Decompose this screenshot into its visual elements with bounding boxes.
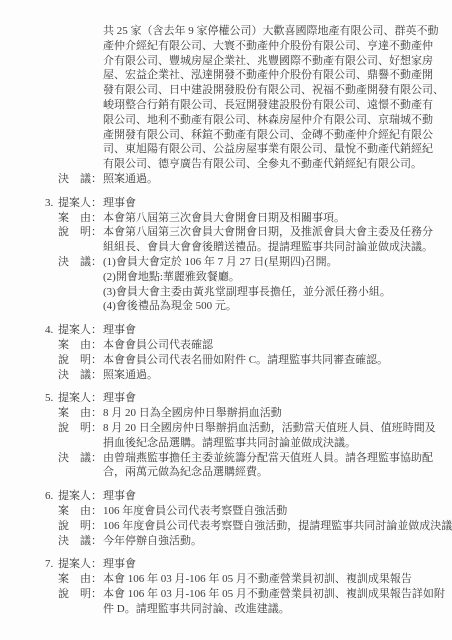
field-label: 說 明： [58, 421, 103, 436]
document-line: (4)會後禮品為現金 500 元。 [45, 299, 450, 314]
document-line: 司、東旭陽有限公司、公益房屋事業有限公司、量悅不動產代銷經紀 [45, 142, 450, 157]
field-label: 提案人： [58, 323, 103, 338]
field-label: 決 議： [58, 451, 103, 466]
line-text: 理事會 [103, 557, 136, 572]
field-label: 提案人： [58, 196, 103, 211]
document-line: 共 25 家（含去年 9 家停權公司）大歡喜國際地產有限公司、群英不動 [45, 24, 450, 39]
field-label: 案 由： [58, 504, 103, 519]
field-label: 提案人： [58, 391, 103, 406]
line-text: 限公司、地利不動產有限公司、林森房屋仲介有限公司、京瑞城不動 [103, 113, 433, 128]
document-line: 案 由：8 月 20 日為全國房仲日舉辦捐血活動 [45, 406, 450, 421]
document-line: 案 由：本會會員公司代表確認 [45, 338, 450, 353]
document-line: 有限公司、德亨廣告有限公司、全參丸不動產代銷經紀有限公司。 [45, 157, 450, 172]
document-line: 案 由：本會 106 年 03 月-106 年 05 月不動產營業員初訓、複訓成… [45, 572, 450, 587]
field-label: 案 由： [58, 406, 103, 421]
line-text: 本會第八屆第三次會員大會開會日期，及推派會員大會主委及任務分 [103, 225, 433, 240]
section-number: 6. [45, 489, 58, 504]
line-text: 理事會 [103, 196, 136, 211]
line-text: 本會第八屆第三次會員大會開會日期及相關事項。 [103, 211, 345, 226]
line-text: 產開發有限公司、秝鍹不動產有限公司、金磚不動產仲介經紀有限公 [103, 128, 433, 143]
line-text: 8 月 20 日全國房仲日舉辦捐血活動，活動當天值班人員、值班時間及 [103, 421, 436, 436]
field-label: 決 議： [58, 534, 103, 549]
line-text: 本會 106 年 03 月-106 年 05 月不動產營業員初訓、複訓成果報告 [103, 572, 412, 587]
document-line: 說 明：本會第八屆第三次會員大會開會日期，及推派會員大會主委及任務分 [45, 225, 450, 240]
document-line: 說 明：106 年度會員公司代表考察暨自強活動，提請理監事共同討論並做成決議。 [45, 519, 450, 534]
field-label: 提案人： [58, 489, 103, 504]
field-label: 決 議： [58, 368, 103, 383]
line-text: 理事會 [103, 391, 136, 406]
section-number: 4. [45, 323, 58, 338]
line-text: 合，兩萬元做為紀念品選購經費。 [103, 465, 268, 480]
section-number: 7. [45, 557, 58, 572]
line-text: 106 年度會員公司代表考察暨自強活動 [103, 504, 287, 519]
document-body: 共 25 家（含去年 9 家停權公司）大歡喜國際地產有限公司、群英不動產仲介經紀… [45, 24, 450, 616]
document-line: 說 明：本會會員公司代表名冊如附件 C。請理監事共同審查確認。 [45, 353, 450, 368]
document-line: 限公司、地利不動產有限公司、林森房屋仲介有限公司、京瑞城不動 [45, 113, 450, 128]
line-text: 捐血後紀念品選購。請理監事共同討論並做成決議。 [103, 436, 356, 451]
line-text: 本會會員公司代表名冊如附件 C。請理監事共同審查確認。 [103, 353, 388, 368]
document-line: 案 由：106 年度會員公司代表考察暨自強活動 [45, 504, 450, 519]
document-line: 產開發有限公司、秝鍹不動產有限公司、金磚不動產仲介經紀有限公 [45, 128, 450, 143]
line-text: 106 年度會員公司代表考察暨自強活動，提請理監事共同討論並做成決議。 [103, 519, 452, 534]
document-page: 共 25 家（含去年 9 家停權公司）大歡喜國際地產有限公司、群英不動產仲介經紀… [0, 0, 452, 640]
document-line: 產仲介經紀有限公司、大寰不動產仲介股份有限公司、亨達不動產仲 [45, 39, 450, 54]
document-line: 發有限公司、日中建設開發股份有限公司、祝福不動產開發有限公司、 [45, 83, 450, 98]
document-line: 組組長、會員大會會後贈送禮品。提請理監事共同討論並做成決議。 [45, 240, 450, 255]
line-text: (1)會員大會定於 106 年 7 月 27 日(星期四)召開。 [103, 255, 338, 270]
field-label: 說 明： [58, 353, 103, 368]
document-line: 5.提案人：理事會 [45, 391, 450, 406]
field-label: 提案人： [58, 557, 103, 572]
line-text: 理事會 [103, 323, 136, 338]
document-line: 介有限公司、豐城房屋企業社、兆豐國際不動產有限公司、好想家房 [45, 54, 450, 69]
document-line: 決 議：照案通過。 [45, 172, 450, 187]
line-text: 組組長、會員大會會後贈送禮品。提請理監事共同討論並做成決議。 [103, 240, 433, 255]
line-text: 司、東旭陽有限公司、公益房屋事業有限公司、量悅不動產代銷經紀 [103, 142, 433, 157]
field-label: 案 由： [58, 211, 103, 226]
document-line: 決 議：今年停辦自強活動。 [45, 534, 450, 549]
line-text: 今年停辦自強活動。 [103, 534, 202, 549]
line-text: (2)開會地點:華麗雅致餐廳。 [103, 270, 240, 285]
paragraph-gap [45, 480, 450, 489]
paragraph-gap [45, 187, 450, 196]
line-text: 由曾瑞燕監事擔任主委並統籌分配當天值班人員。請各理監事協助配 [103, 451, 433, 466]
document-line: (3)會員大會主委由黃兆堂副理事長擔任，並分派任務小組。 [45, 285, 450, 300]
line-text: (3)會員大會主委由黃兆堂副理事長擔任，並分派任務小組。 [103, 285, 391, 300]
document-line: 捐血後紀念品選購。請理監事共同討論並做成決議。 [45, 436, 450, 451]
document-line: 件 D。請理監事共同討論、改進建議。 [45, 602, 450, 617]
line-text: 屋、宏益企業社、泓達開發不動產仲介股份有限公司、鼎譽不動產開 [103, 68, 433, 83]
document-line: 峻珝整合行銷有限公司、長冠開發建設股份有限公司、遠憬不動產有 [45, 98, 450, 113]
section-number: 5. [45, 391, 58, 406]
line-text: 有限公司、德亨廣告有限公司、全參丸不動產代銷經紀有限公司。 [103, 157, 422, 172]
document-line: 4.提案人：理事會 [45, 323, 450, 338]
document-line: 決 議：照案通過。 [45, 368, 450, 383]
line-text: 介有限公司、豐城房屋企業社、兆豐國際不動產有限公司、好想家房 [103, 54, 433, 69]
line-text: 8 月 20 日為全國房仲日舉辦捐血活動 [103, 406, 282, 421]
line-text: 本會 106 年 03 月-106 年 05 月不動產營業員初訓、複訓成果報告詳… [103, 587, 445, 602]
paragraph-gap [45, 548, 450, 557]
line-text: 件 D。請理監事共同討論、改進建議。 [103, 602, 290, 617]
document-line: 3.提案人：理事會 [45, 196, 450, 211]
line-text: 共 25 家（含去年 9 家停權公司）大歡喜國際地產有限公司、群英不動 [103, 24, 439, 39]
document-line: 說 明：8 月 20 日全國房仲日舉辦捐血活動，活動當天值班人員、值班時間及 [45, 421, 450, 436]
field-label: 決 議： [58, 255, 103, 270]
document-line: 合，兩萬元做為紀念品選購經費。 [45, 465, 450, 480]
line-text: 照案通過。 [103, 172, 158, 187]
line-text: 發有限公司、日中建設開發股份有限公司、祝福不動產開發有限公司、 [103, 83, 444, 98]
document-line: 決 議：(1)會員大會定於 106 年 7 月 27 日(星期四)召開。 [45, 255, 450, 270]
document-line: (2)開會地點:華麗雅致餐廳。 [45, 270, 450, 285]
section-number: 3. [45, 196, 58, 211]
line-text: (4)會後禮品為現金 500 元。 [103, 299, 237, 314]
field-label: 說 明： [58, 225, 103, 240]
document-line: 屋、宏益企業社、泓達開發不動產仲介股份有限公司、鼎譽不動產開 [45, 68, 450, 83]
paragraph-gap [45, 382, 450, 391]
field-label: 案 由： [58, 572, 103, 587]
document-line: 6.提案人：理事會 [45, 489, 450, 504]
document-line: 案 由：本會第八屆第三次會員大會開會日期及相關事項。 [45, 211, 450, 226]
line-text: 本會會員公司代表確認 [103, 338, 213, 353]
line-text: 理事會 [103, 489, 136, 504]
line-text: 產仲介經紀有限公司、大寰不動產仲介股份有限公司、亨達不動產仲 [103, 39, 433, 54]
line-text: 峻珝整合行銷有限公司、長冠開發建設股份有限公司、遠憬不動產有 [103, 98, 433, 113]
paragraph-gap [45, 314, 450, 323]
document-line: 說 明：本會 106 年 03 月-106 年 05 月不動產營業員初訓、複訓成… [45, 587, 450, 602]
field-label: 決 議： [58, 172, 103, 187]
field-label: 說 明： [58, 519, 103, 534]
document-line: 7.提案人：理事會 [45, 557, 450, 572]
field-label: 案 由： [58, 338, 103, 353]
field-label: 說 明： [58, 587, 103, 602]
document-line: 決 議：由曾瑞燕監事擔任主委並統籌分配當天值班人員。請各理監事協助配 [45, 451, 450, 466]
line-text: 照案通過。 [103, 368, 158, 383]
